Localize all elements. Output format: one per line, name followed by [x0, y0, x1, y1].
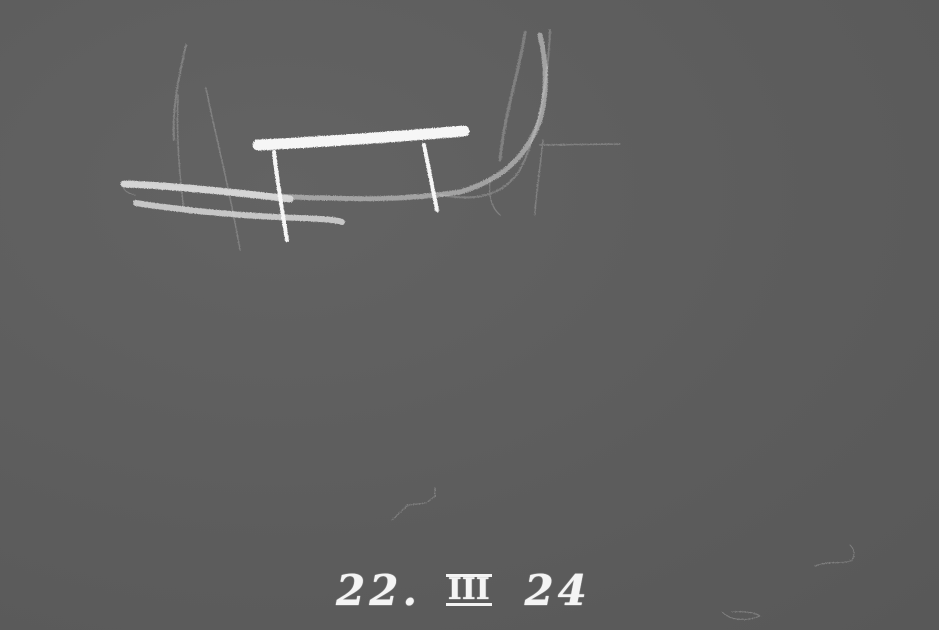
date-day: 22.	[336, 566, 421, 615]
chalkboard-photo: 22. III 24	[0, 0, 939, 630]
sweeping-curves	[123, 35, 545, 222]
date-month-roman: III	[446, 574, 492, 606]
bench-sketch	[258, 131, 464, 240]
date-year: 24	[524, 566, 590, 615]
chalk-drawing	[0, 0, 939, 630]
date-inscription: 22. III 24	[336, 566, 591, 615]
faint-scribbles	[124, 30, 854, 619]
